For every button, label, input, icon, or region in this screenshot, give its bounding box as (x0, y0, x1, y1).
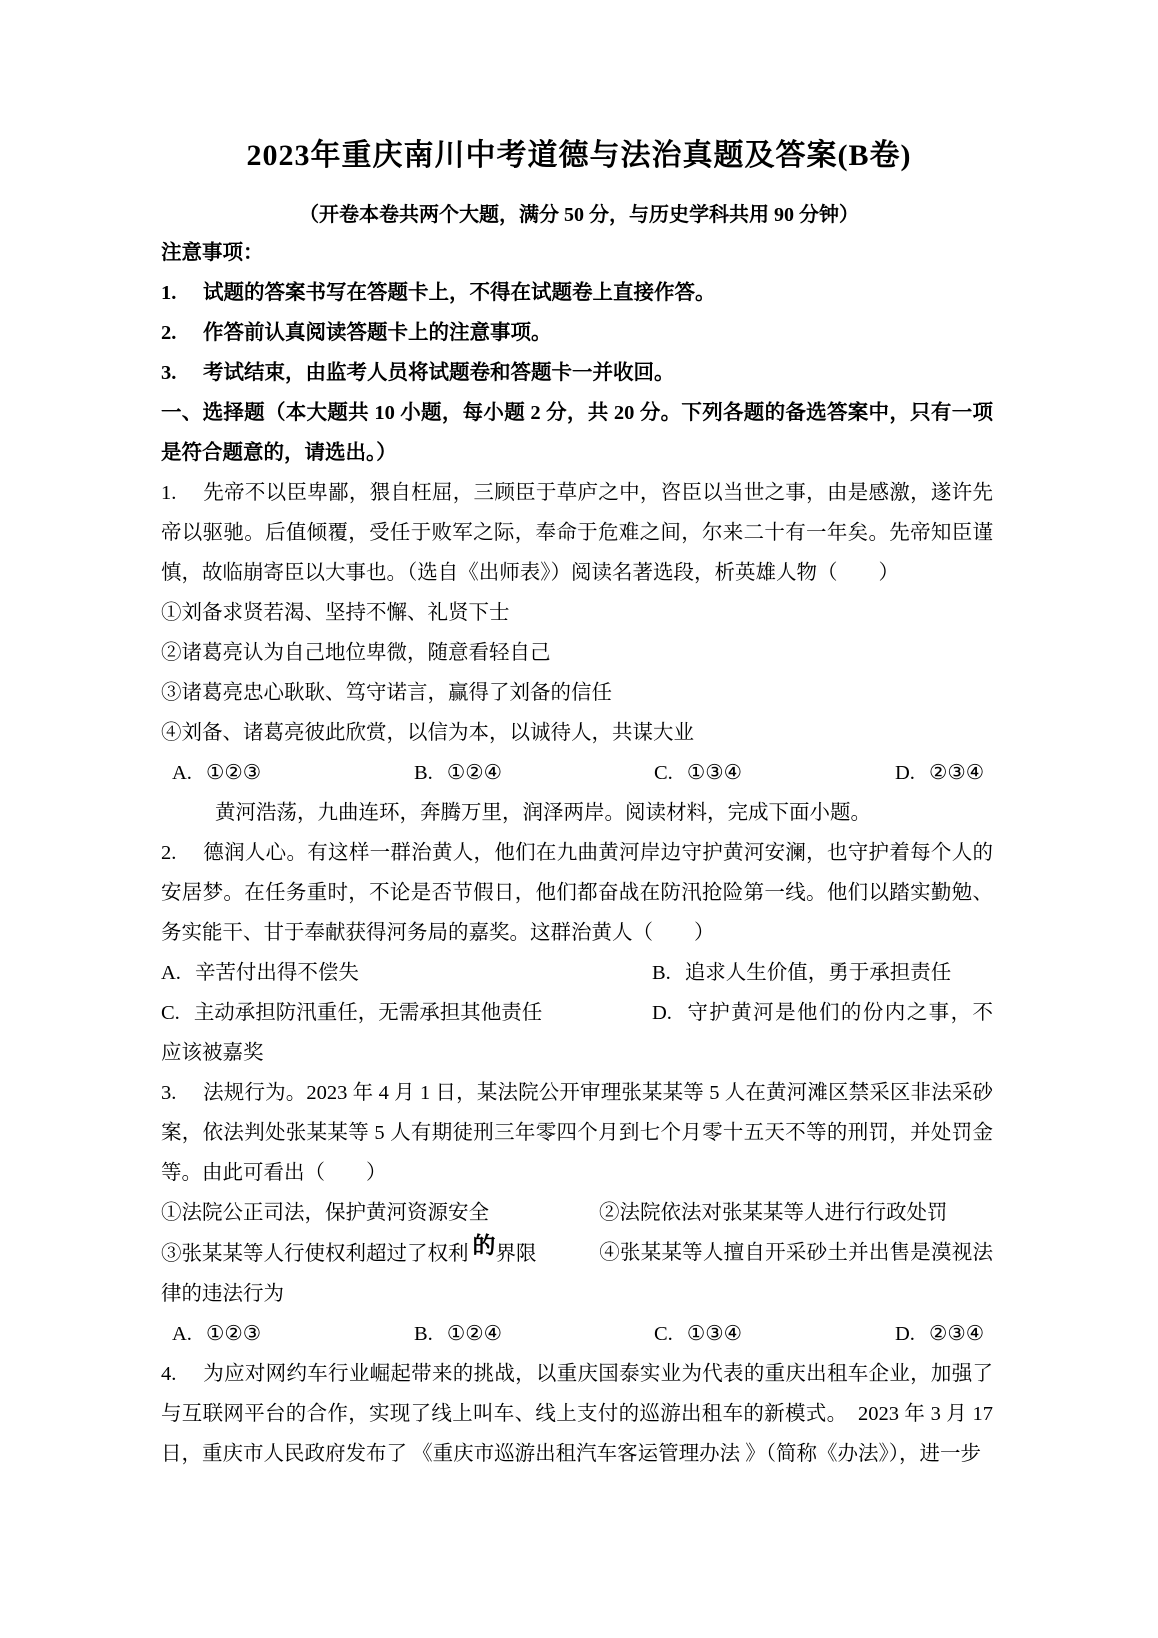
option-text: ①②③ (206, 1323, 261, 1345)
notice-item-text: 考试结束，由监考人员将试题卷和答题卡一并收回。 (203, 362, 675, 384)
statement-3: ③张某某等人行使权利超过了权利的界限 (161, 1233, 599, 1274)
option-b: B.①②④ (414, 753, 502, 793)
page-title: 2023年重庆南川中考道德与法治真题及答案(B卷) (0, 138, 1158, 174)
notice-item-1: 1.试题的答案书写在答题卡上，不得在试题卷上直接作答。 (161, 273, 993, 313)
statement-2: ②法院依法对张某某等人进行行政处罚 (599, 1202, 948, 1224)
option-a: A.辛苦付出得不偿失 (161, 953, 652, 993)
option-text: ①②③ (206, 762, 261, 784)
question-stem-text: 法规行为。2023 年 4 月 1 日，某法院公开审理张某某等 5 人在黄河滩区… (161, 1082, 993, 1184)
option-a: A.①②③ (172, 753, 261, 793)
option-b-text: 追求人生价值，勇于承担责任 (685, 962, 952, 984)
option-text: 辛苦付出得不偿失 (195, 962, 359, 984)
statement-3-pre: ③张某某等人行使权利超过了权利 (161, 1243, 469, 1265)
question-stem-text: 先帝不以臣卑鄙，猥自枉屈，三顾臣于草庐之中，咨臣以当世之事，由是感激，遂许先帝以… (161, 482, 993, 584)
document-body: 注意事项： 1.试题的答案书写在答题卡上，不得在试题卷上直接作答。 2.作答前认… (161, 233, 993, 1474)
exam-document-page: 2023年重庆南川中考道德与法治真题及答案(B卷) （开卷本卷共两个大题，满分 … (0, 0, 1158, 1638)
notice-item-text: 试题的答案书写在答题卡上，不得在试题卷上直接作答。 (203, 282, 716, 304)
question-3-stem: 3.法规行为。2023 年 4 月 1 日，某法院公开审理张某某等 5 人在黄河… (161, 1073, 993, 1193)
option-label: A. (172, 762, 192, 784)
statement-3-post: 界限 (496, 1243, 537, 1265)
question-3-options-row: A.①②③ B.①②④ C.①③④ D.②③④ (161, 1314, 993, 1354)
question-number: 3. (161, 1073, 203, 1113)
option-text: ①③④ (687, 1323, 742, 1345)
option-b: B.①②④ (414, 1314, 502, 1354)
option-d: D.②③④ (895, 753, 984, 793)
option-label: D. (895, 762, 915, 784)
question-1-statement-1: ①刘备求贤若渴、坚持不懈、礼贤下士 (161, 593, 993, 633)
emphasized-de-character: 的 (473, 1233, 496, 1258)
question-stem-text: 为应对网约车行业崛起带来的挑战，以重庆国泰实业为代表的重庆出租车企业，加强了与互… (161, 1363, 993, 1465)
option-label: B. (414, 762, 433, 784)
section-heading: 一、选择题（本大题共 10 小题，每小题 2 分，共 20 分。下列各题的备选答… (161, 393, 993, 473)
option-label: A. (172, 1323, 192, 1345)
option-d: D.②③④ (895, 1314, 984, 1354)
option-text: ①②④ (447, 1323, 502, 1345)
notice-item-number: 3. (161, 353, 203, 393)
option-label: C. (654, 762, 673, 784)
question-number: 2. (161, 833, 203, 873)
question-2-options-row-cd: C.主动承担防汛重任，无需承担其他责任D.守护黄河是他们的份内之事，不应该被嘉奖 (161, 993, 993, 1073)
option-c: C.①③④ (654, 1314, 742, 1354)
option-label: B. (652, 962, 671, 984)
option-label: D. (895, 1323, 915, 1345)
statement-1: ①法院公正司法，保护黄河资源安全 (161, 1193, 599, 1233)
notice-heading: 注意事项： (161, 233, 993, 273)
notice-item-text: 作答前认真阅读答题卡上的注意事项。 (203, 322, 552, 344)
question-1-statement-3: ③诸葛亮忠心耿耿、笃守诺言，赢得了刘备的信任 (161, 673, 993, 713)
question-1-statement-2: ②诸葛亮认为自己地位卑微，随意看轻自己 (161, 633, 993, 673)
option-text: ②③④ (929, 762, 984, 784)
option-label: B. (414, 1323, 433, 1345)
option-a: A.①②③ (172, 1314, 261, 1354)
question-1-options-row: A.①②③ B.①②④ C.①③④ D.②③④ (161, 753, 993, 793)
question-1-stem: 1.先帝不以臣卑鄙，猥自枉屈，三顾臣于草庐之中，咨臣以当世之事，由是感激，遂许先… (161, 473, 993, 593)
notice-item-number: 2. (161, 313, 203, 353)
option-label: C. (161, 1002, 180, 1024)
notice-item-3: 3.考试结束，由监考人员将试题卷和答题卡一并收回。 (161, 353, 993, 393)
question-1-statement-4: ④刘备、诸葛亮彼此欣赏，以信为本，以诚待人，共谋大业 (161, 713, 993, 753)
option-c: C.主动承担防汛重任，无需承担其他责任 (161, 993, 652, 1033)
question-2-stem: 2.德润人心。有这样一群治黄人，他们在九曲黄河岸边守护黄河安澜，也守护着每个人的… (161, 833, 993, 953)
question-number: 1. (161, 473, 203, 513)
question-stem-text: 德润人心。有这样一群治黄人，他们在九曲黄河岸边守护黄河安澜，也守护着每个人的安居… (161, 842, 993, 944)
page-subtitle: （开卷本卷共两个大题，满分 50 分，与历史学科共用 90 分钟） (0, 202, 1158, 228)
question-2-options-row-ab: A.辛苦付出得不偿失B.追求人生价值，勇于承担责任 (161, 953, 993, 993)
question-3-statements-row-34: ③张某某等人行使权利超过了权利的界限④张某某等人擅自开采砂土并出售是漠视法律的违… (161, 1233, 993, 1314)
option-c: C.①③④ (654, 753, 742, 793)
material-intro: 黄河浩荡，九曲连环，奔腾万里，润泽两岸。阅读材料，完成下面小题。 (161, 793, 993, 833)
option-label: A. (161, 962, 181, 984)
question-number: 4. (161, 1354, 203, 1394)
option-text: ①③④ (687, 762, 742, 784)
option-label: D. (652, 1002, 672, 1024)
question-3-statements-row-12: ①法院公正司法，保护黄河资源安全②法院依法对张某某等人进行行政处罚 (161, 1193, 993, 1233)
option-text: ①②④ (447, 762, 502, 784)
option-text: ②③④ (929, 1323, 984, 1345)
question-4-stem: 4.为应对网约车行业崛起带来的挑战，以重庆国泰实业为代表的重庆出租车企业，加强了… (161, 1354, 993, 1474)
option-label: C. (654, 1323, 673, 1345)
option-text: 主动承担防汛重任，无需承担其他责任 (194, 1002, 543, 1024)
notice-item-number: 1. (161, 273, 203, 313)
notice-item-2: 2.作答前认真阅读答题卡上的注意事项。 (161, 313, 993, 353)
